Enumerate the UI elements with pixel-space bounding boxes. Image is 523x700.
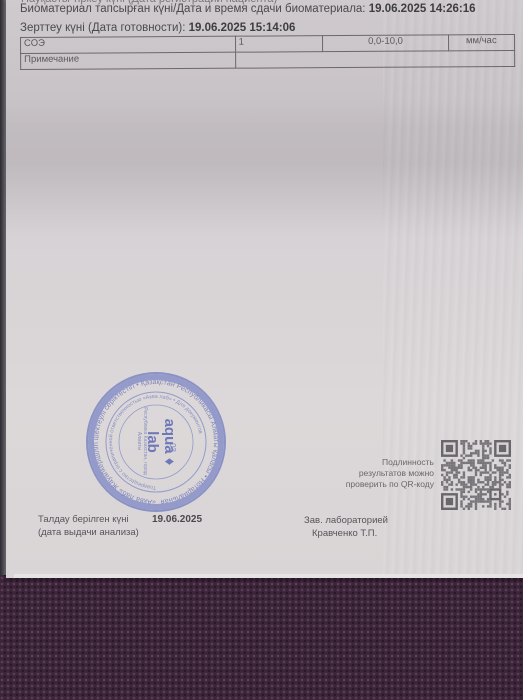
test-reference: 0,0-10,0 — [323, 35, 448, 52]
submission-datetime: 19.06.2025 14:26:16 — [369, 3, 476, 15]
aqua-lab-logo: aqua ♦ lab — [144, 412, 178, 472]
ready-label: Зерттеу күні (Дата готовности): — [20, 22, 185, 34]
test-name: СОЭ — [21, 36, 236, 53]
ready-datetime-line: Зерттеу күні (Дата готовности): 19.06.20… — [20, 22, 295, 34]
issue-date-label-kz: Талдау берілген күні — [38, 514, 129, 525]
note-label: Примечание — [21, 52, 236, 69]
issue-date: 19.06.2025 — [152, 514, 202, 525]
test-value: 1 — [235, 36, 323, 53]
lab-head-title: Зав. лабораторией — [304, 515, 388, 526]
qr-code-icon[interactable] — [441, 440, 511, 510]
submission-label: Биоматериал тапсырған күні/Дата и время … — [20, 3, 366, 15]
issue-date-label-ru: (дата выдачи анализа) — [38, 527, 139, 538]
qr-caption-line: результатов можно — [338, 468, 434, 479]
qr-caption: Подлинность результатов можно проверить … — [338, 457, 434, 490]
table-row: Примечание — [21, 50, 515, 69]
stamp-number: 03 — [168, 443, 177, 452]
results-table: СОЭ 1 0,0-10,0 мм/час Примечание — [20, 34, 515, 70]
qr-caption-line: проверить по QR-коду — [338, 479, 434, 490]
laboratory-stamp: «Аква лаб» Жауапкершілігі шектеулі серік… — [86, 372, 226, 512]
qr-caption-line: Подлинность — [338, 457, 434, 468]
paper-fold-shadow — [6, 100, 523, 240]
lab-head-name: Кравченко Т.П. — [312, 528, 377, 539]
ready-datetime: 19.06.2025 15:14:06 — [189, 22, 296, 34]
note-value — [235, 50, 515, 68]
submission-datetime-line: Биоматериал тапсырған күні/Дата и время … — [20, 3, 476, 15]
fabric-background — [0, 570, 523, 700]
paper-bottom-edge — [14, 574, 523, 578]
test-unit: мм/час — [448, 34, 514, 50]
